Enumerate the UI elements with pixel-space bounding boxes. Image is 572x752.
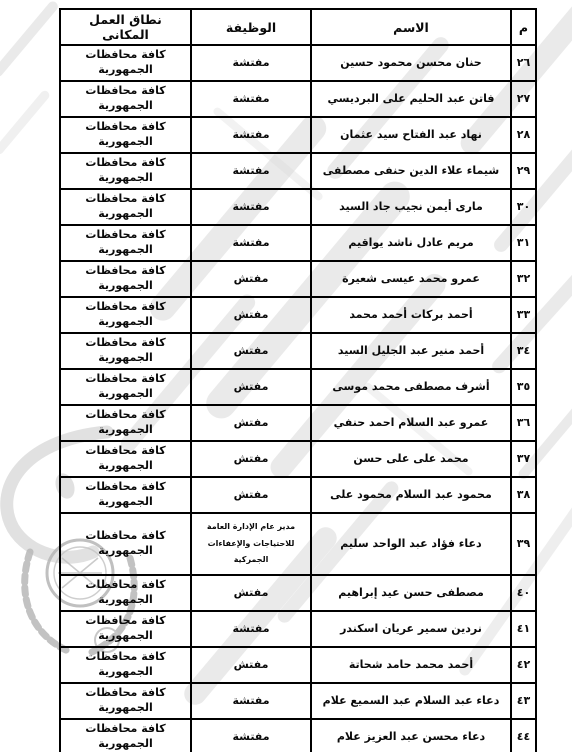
cell-num: ٣٢ <box>511 261 536 297</box>
cell-name: حنان محسن محمود حسين <box>311 45 511 81</box>
cell-job: مفتش <box>191 405 311 441</box>
cell-name: دعاء فؤاد عبد الواحد سليم <box>311 513 511 575</box>
cell-name: أشرف مصطفى محمد موسى <box>311 369 511 405</box>
watermark-stroke <box>0 0 60 79</box>
header-row: م الاسم الوظيفة نطاق العمل المكانى <box>60 9 536 45</box>
cell-scope: كافة محافظات الجمهورية <box>60 441 191 477</box>
watermark-stroke <box>0 89 51 156</box>
table-row: ٣٢عمرو محمد عيسى شعيرةمفتشكافة محافظات ا… <box>60 261 536 297</box>
cell-job: مفتش <box>191 441 311 477</box>
cell-name: نردين سمير عريان اسكندر <box>311 611 511 647</box>
cell-name: دعاء عبد السلام عبد السميع علام <box>311 683 511 719</box>
cell-scope: كافة محافظات الجمهورية <box>60 297 191 333</box>
table-row: ٣٩دعاء فؤاد عبد الواحد سليممدير عام الإد… <box>60 513 536 575</box>
cell-num: ٣٠ <box>511 189 536 225</box>
cell-scope: كافة محافظات الجمهورية <box>60 153 191 189</box>
cell-name: عمرو عبد السلام احمد حنفي <box>311 405 511 441</box>
cell-scope: كافة محافظات الجمهورية <box>60 117 191 153</box>
table-row: ٣٧محمد على على حسنمفتشكافة محافظات الجمه… <box>60 441 536 477</box>
cell-num: ٣١ <box>511 225 536 261</box>
table-row: ٣٠مارى أيمن نجيب جاد السيدمفتشةكافة محاف… <box>60 189 536 225</box>
table-row: ٢٧فاتن عبد الحليم على البرديسيمفتشةكافة … <box>60 81 536 117</box>
cell-scope: كافة محافظات الجمهورية <box>60 405 191 441</box>
cell-job: مفتش <box>191 477 311 513</box>
cell-scope: كافة محافظات الجمهورية <box>60 683 191 719</box>
cell-job: مفتش <box>191 647 311 683</box>
cell-name: أحمد بركات أحمد محمد <box>311 297 511 333</box>
cell-scope: كافة محافظات الجمهورية <box>60 261 191 297</box>
cell-scope: كافة محافظات الجمهورية <box>60 45 191 81</box>
cell-scope: كافة محافظات الجمهورية <box>60 81 191 117</box>
cell-scope: كافة محافظات الجمهورية <box>60 333 191 369</box>
cell-name: شيماء علاء الدين حنفى مصطفى <box>311 153 511 189</box>
cell-name: أحمد منير عبد الجليل السيد <box>311 333 511 369</box>
cell-num: ٤٢ <box>511 647 536 683</box>
cell-name: فاتن عبد الحليم على البرديسي <box>311 81 511 117</box>
cell-name: أحمد محمد حامد شحاتة <box>311 647 511 683</box>
cell-scope: كافة محافظات الجمهورية <box>60 225 191 261</box>
table-row: ٣٣أحمد بركات أحمد محمدمفتشكافة محافظات ا… <box>60 297 536 333</box>
cell-job: مفتش <box>191 297 311 333</box>
cell-name: مصطفى حسن عيد إبراهيم <box>311 575 511 611</box>
cell-job: مفتشة <box>191 225 311 261</box>
cell-job: مفتش <box>191 575 311 611</box>
table-row: ٢٦حنان محسن محمود حسينمفتشةكافة محافظات … <box>60 45 536 81</box>
cell-job: مفتشة <box>191 719 311 752</box>
table-row: ٣٤أحمد منير عبد الجليل السيدمفتشكافة محا… <box>60 333 536 369</box>
cell-num: ٣٩ <box>511 513 536 575</box>
cell-num: ٢٦ <box>511 45 536 81</box>
header-scope: نطاق العمل المكانى <box>60 9 191 45</box>
cell-num: ٣٦ <box>511 405 536 441</box>
table-body: ٢٦حنان محسن محمود حسينمفتشةكافة محافظات … <box>60 45 536 752</box>
cell-name: محمد على على حسن <box>311 441 511 477</box>
cell-name: دعاء محسن عبد العزيز علام <box>311 719 511 752</box>
cell-job: مدير عام الإدارة العامة للاحتياجات والإع… <box>191 513 311 575</box>
table-row: ٣٥أشرف مصطفى محمد موسىمفتشكافة محافظات ا… <box>60 369 536 405</box>
cell-name: مارى أيمن نجيب جاد السيد <box>311 189 511 225</box>
cell-job: مفتش <box>191 333 311 369</box>
table-row: ٤٢أحمد محمد حامد شحاتةمفتشكافة محافظات ا… <box>60 647 536 683</box>
table-row: ٣٨محمود عبد السلام محمود علىمفتشكافة محا… <box>60 477 536 513</box>
cell-job: مفتشة <box>191 611 311 647</box>
table-row: ٤٤دعاء محسن عبد العزيز علاممفتشةكافة محا… <box>60 719 536 752</box>
header-job: الوظيفة <box>191 9 311 45</box>
cell-num: ٣٧ <box>511 441 536 477</box>
cell-num: ٣٨ <box>511 477 536 513</box>
cell-num: ٢٧ <box>511 81 536 117</box>
cell-job: مفتش <box>191 261 311 297</box>
cell-num: ٤١ <box>511 611 536 647</box>
cell-num: ٤٠ <box>511 575 536 611</box>
document-page: م الاسم الوظيفة نطاق العمل المكانى ٢٦حنا… <box>0 0 572 752</box>
cell-name: عمرو محمد عيسى شعيرة <box>311 261 511 297</box>
table-row: ٣٦عمرو عبد السلام احمد حنفيمفتشكافة محاف… <box>60 405 536 441</box>
cell-name: محمود عبد السلام محمود على <box>311 477 511 513</box>
cell-job: مفتشة <box>191 683 311 719</box>
cell-scope: كافة محافظات الجمهورية <box>60 369 191 405</box>
cell-job: مفتشة <box>191 153 311 189</box>
header-num: م <box>511 9 536 45</box>
table-row: ٢٨نهاد عبد الفتاح سيد عثمانمفتشةكافة محا… <box>60 117 536 153</box>
cell-num: ٣٥ <box>511 369 536 405</box>
header-name: الاسم <box>311 9 511 45</box>
cell-scope: كافة محافظات الجمهورية <box>60 189 191 225</box>
cell-name: مريم عادل ناشد يواقيم <box>311 225 511 261</box>
cell-num: ٣٣ <box>511 297 536 333</box>
cell-job: مفتش <box>191 369 311 405</box>
cell-scope: كافة محافظات الجمهورية <box>60 647 191 683</box>
personnel-table: م الاسم الوظيفة نطاق العمل المكانى ٢٦حنا… <box>59 8 537 752</box>
table-row: ٤١نردين سمير عريان اسكندرمفتشةكافة محافظ… <box>60 611 536 647</box>
table-row: ٤٠مصطفى حسن عيد إبراهيممفتشكافة محافظات … <box>60 575 536 611</box>
cell-scope: كافة محافظات الجمهورية <box>60 575 191 611</box>
cell-scope: كافة محافظات الجمهورية <box>60 513 191 575</box>
cell-num: ٤٣ <box>511 683 536 719</box>
table-row: ٤٣دعاء عبد السلام عبد السميع علاممفتشةكا… <box>60 683 536 719</box>
cell-num: ٢٩ <box>511 153 536 189</box>
cell-scope: كافة محافظات الجمهورية <box>60 477 191 513</box>
cell-scope: كافة محافظات الجمهورية <box>60 719 191 752</box>
cell-num: ٣٤ <box>511 333 536 369</box>
cell-job: مفتشة <box>191 189 311 225</box>
cell-num: ٤٤ <box>511 719 536 752</box>
cell-job: مفتشة <box>191 117 311 153</box>
cell-num: ٢٨ <box>511 117 536 153</box>
cell-name: نهاد عبد الفتاح سيد عثمان <box>311 117 511 153</box>
table-row: ٣١مريم عادل ناشد يواقيممفتشةكافة محافظات… <box>60 225 536 261</box>
cell-job: مفتشة <box>191 45 311 81</box>
cell-scope: كافة محافظات الجمهورية <box>60 611 191 647</box>
table-row: ٢٩شيماء علاء الدين حنفى مصطفىمفتشةكافة م… <box>60 153 536 189</box>
cell-job: مفتشة <box>191 81 311 117</box>
